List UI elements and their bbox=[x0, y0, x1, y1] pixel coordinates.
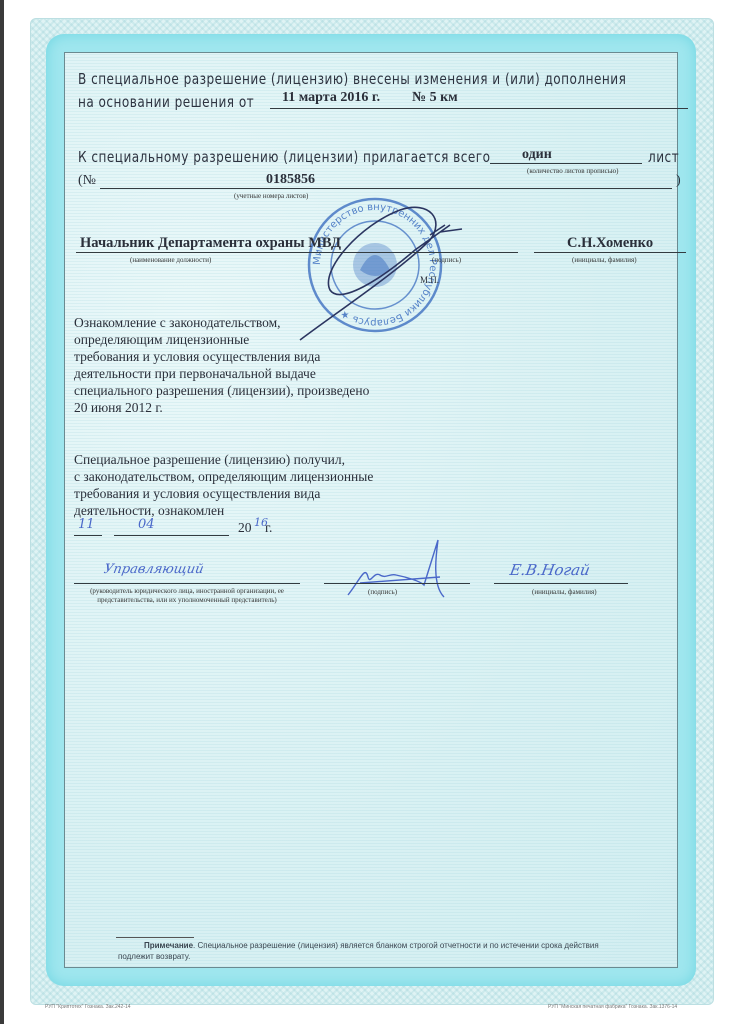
note-line-1: Примечание. Специальное разрешение (лице… bbox=[118, 940, 618, 962]
issuer-position: Начальник Департамента охраны МВД bbox=[80, 235, 341, 252]
decision-line bbox=[270, 108, 688, 109]
note-label: Примечание bbox=[144, 941, 193, 950]
familiarization-line-1: Ознакомление с законодательством, bbox=[74, 314, 281, 331]
stamp-label: М.П. bbox=[420, 275, 439, 285]
scan-edge bbox=[0, 0, 4, 1024]
issuer-position-caption: (наименование должности) bbox=[130, 256, 211, 264]
issuer-signature-caption: (подпись) bbox=[432, 256, 461, 264]
recipient-name-line bbox=[494, 583, 628, 584]
receipt-month-line bbox=[114, 535, 229, 536]
note-separator bbox=[116, 937, 194, 938]
decision-date: 11 марта 2016 г. bbox=[282, 90, 380, 106]
recipient-position-line bbox=[74, 583, 300, 584]
issuer-signature bbox=[280, 180, 470, 350]
recipient-position-handwritten: Управляющий bbox=[103, 562, 205, 577]
count-caption: (количество листов прописью) bbox=[527, 167, 618, 175]
attachments-count: один bbox=[522, 147, 552, 163]
issuer-name-caption: (инициалы, фамилия) bbox=[572, 256, 637, 264]
recipient-signature-caption: (подпись) bbox=[368, 588, 397, 596]
familiarization-line-4: деятельности при первоначальной выдаче bbox=[74, 365, 316, 382]
attachments-prefix: К специальному разрешению (лицензии) при… bbox=[78, 148, 490, 166]
issuer-position-line bbox=[76, 252, 518, 253]
issuer-name: С.Н.Хоменко bbox=[567, 235, 653, 252]
recipient-signature-line bbox=[324, 583, 470, 584]
attachments-suffix: лист bbox=[648, 148, 679, 166]
receipt-month: 04 bbox=[138, 517, 155, 532]
familiarization-line-3: требования и условия осуществления вида bbox=[74, 348, 320, 365]
receipt-line-1: Специальное разрешение (лицензию) получи… bbox=[74, 451, 345, 468]
number-prefix: (№ bbox=[78, 173, 96, 189]
receipt-line-3: требования и условия осуществления вида bbox=[74, 485, 320, 502]
changes-line2-prefix: на основании решения от bbox=[78, 93, 254, 111]
familiarization-line-5: специального разрешения (лицензии), прои… bbox=[74, 382, 369, 399]
recipient-name-caption: (инициалы, фамилия) bbox=[532, 588, 597, 596]
attachments-count-line bbox=[490, 163, 642, 164]
footer-right: РУП "Минская печатная фабрика" Гознака. … bbox=[548, 1004, 677, 1010]
recipient-position-caption: (руководитель юридического лица, иностра… bbox=[74, 587, 300, 605]
number-suffix: ) bbox=[676, 173, 681, 189]
issuer-name-line bbox=[534, 252, 686, 253]
receipt-line-2: с законодательством, определяющим лиценз… bbox=[74, 468, 373, 485]
footer-left: РУП "Криптотех" Гознака. Зак.242-14 bbox=[45, 1004, 131, 1010]
decision-number: № 5 км bbox=[412, 90, 458, 106]
receipt-day: 11 bbox=[78, 517, 95, 532]
receipt-year-prefix: 20 bbox=[238, 519, 252, 536]
familiarization-line-6: 20 июня 2012 г. bbox=[74, 399, 163, 416]
familiarization-line-2: определяющим лицензионные bbox=[74, 331, 249, 348]
receipt-year-end: г. bbox=[265, 519, 272, 536]
changes-line1: В специальное разрешение (лицензию) внес… bbox=[78, 70, 626, 88]
receipt-day-line bbox=[74, 535, 102, 536]
recipient-name-handwritten: Е.В.Ногай bbox=[508, 561, 591, 579]
